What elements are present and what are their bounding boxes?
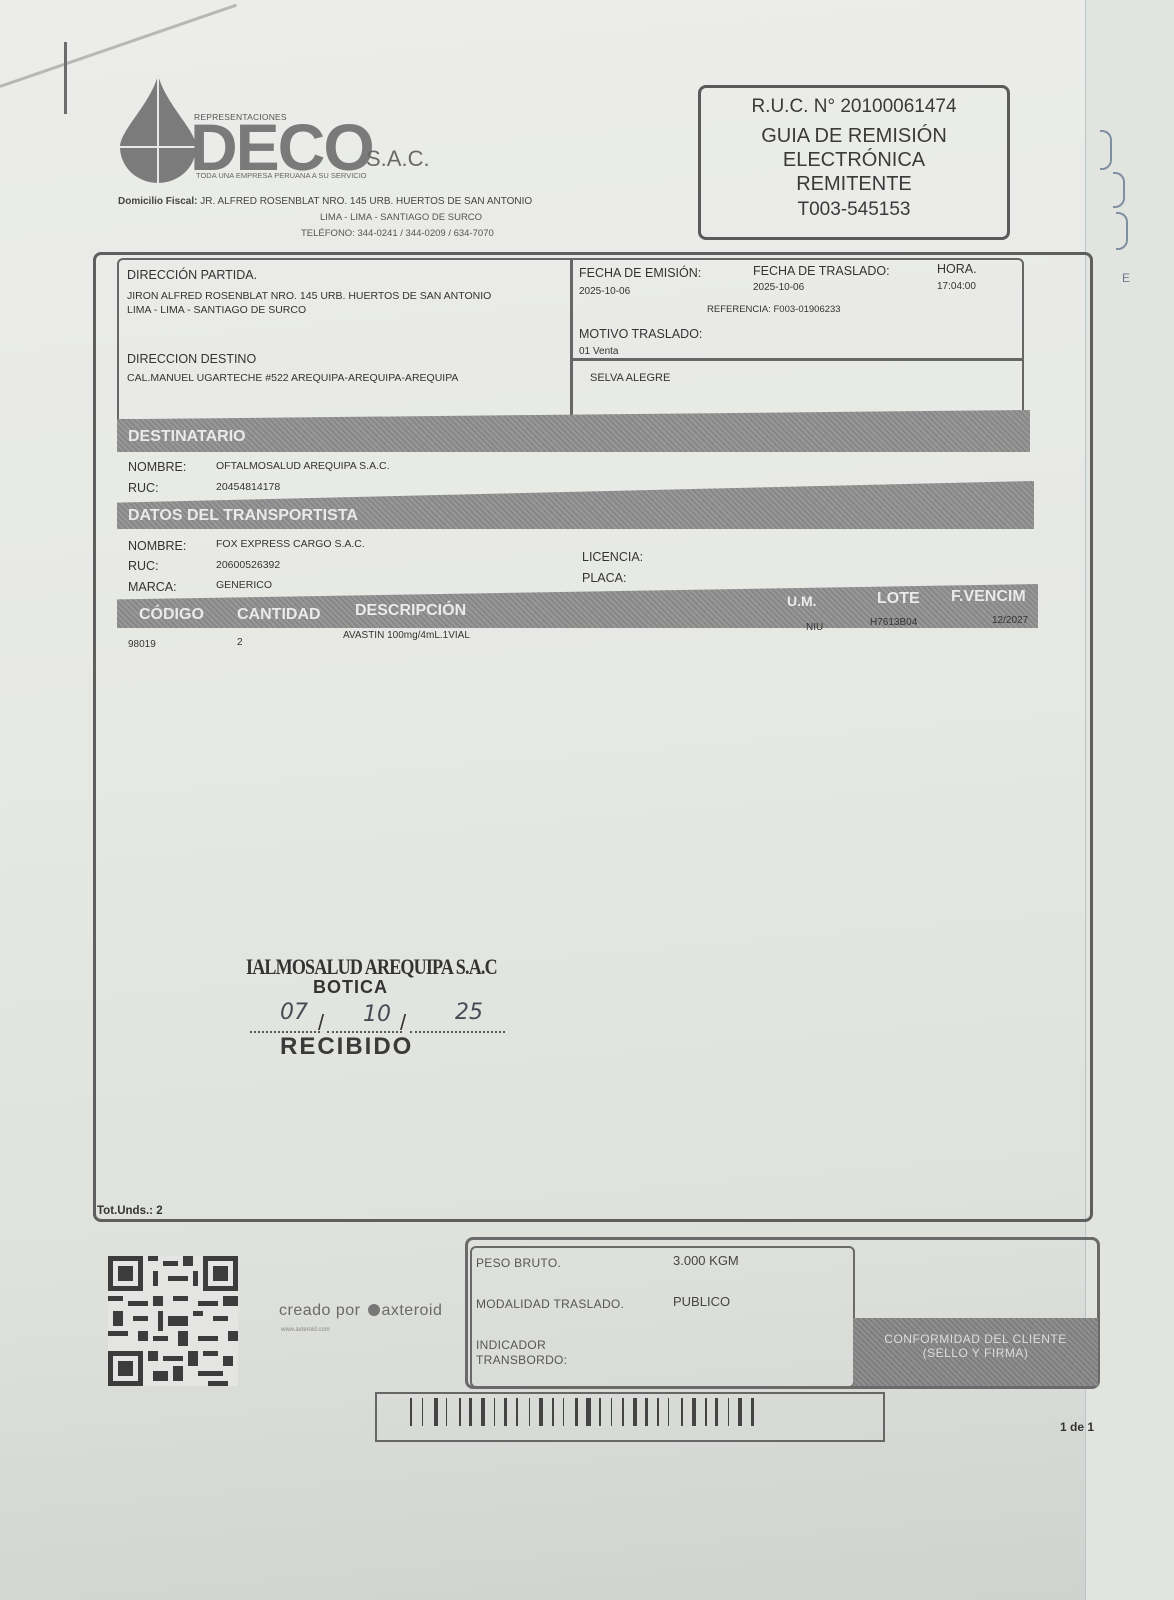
divider-tab-edge — [1100, 130, 1112, 170]
domicilio-label: Domicilio Fiscal: — [118, 196, 197, 207]
indicador-label-2: TRANSBORDO: — [476, 1353, 567, 1367]
created-by: creado por axteroid — [279, 1302, 442, 1320]
traslado-label: FECHA DE TRASLADO: — [753, 264, 890, 278]
page-number: 1 de 1 — [1060, 1420, 1094, 1434]
modalidad-label: MODALIDAD TRASLADO. — [476, 1297, 624, 1311]
created-by-url: www.axteroid.com — [281, 1327, 330, 1333]
deco-logo-icon — [118, 75, 198, 183]
ruc-number: R.U.C. N° 20100061474 — [701, 96, 1007, 118]
zona-value: SELVA ALEGRE — [590, 372, 670, 384]
referencia: REFERENCIA: F003-01906233 — [707, 304, 841, 315]
total-units: Tot.Unds.: 2 — [97, 1205, 163, 1217]
destino-label: DIRECCION DESTINO — [127, 352, 256, 366]
stamp-year-line — [410, 1031, 505, 1033]
stamp-dept: BOTICA — [313, 977, 388, 998]
conformity-line2: (SELLO Y FIRMA) — [853, 1346, 1098, 1360]
trans-marca-label: MARCA: — [128, 580, 177, 594]
peso-value: 3.000 KGM — [673, 1253, 739, 1268]
item-lote: H7613B04 — [870, 617, 917, 628]
divider-tab-letter: E — [1122, 271, 1130, 285]
domicilio-line2: LIMA - LIMA - SANTIAGO DE SURCO — [320, 212, 482, 223]
col-descripcion: DESCRIPCIÓN — [355, 602, 466, 620]
col-lote: LOTE — [877, 590, 920, 608]
conformity-line1: CONFORMIDAD DEL CLIENTE — [853, 1332, 1098, 1346]
client-conformity-box: CONFORMIDAD DEL CLIENTE (SELLO Y FIRMA) — [853, 1318, 1098, 1386]
doc-title-line3: REMITENTE — [701, 172, 1007, 196]
traslado-value: 2025-10-06 — [753, 282, 804, 293]
created-by-label: creado por — [279, 1302, 361, 1319]
indicador-label-1: INDICADOR — [476, 1338, 546, 1352]
address-box — [117, 258, 572, 421]
col-cantidad: CANTIDAD — [237, 606, 321, 624]
motivo-value: 01 Venta — [579, 346, 618, 357]
stamp-status: RECIBIDO — [280, 1033, 413, 1061]
trans-nombre-label: NOMBRE: — [128, 539, 186, 553]
divider-tab-edge — [1113, 172, 1125, 208]
item-cantidad: 2 — [237, 637, 243, 648]
motivo-label: MOTIVO TRASLADO: — [579, 327, 702, 341]
placa-label: PLACA: — [582, 571, 626, 585]
col-um: U.M. — [787, 593, 817, 609]
hora-label: HORA. — [937, 262, 977, 276]
col-vencim: F.VENCIM — [951, 588, 1026, 606]
partida-line2: LIMA - LIMA - SANTIAGO DE SURCO — [127, 304, 306, 316]
document-id-box: R.U.C. N° 20100061474 GUIA DE REMISIÓN E… — [698, 85, 1010, 240]
item-um: NIU — [806, 622, 823, 633]
trans-ruc-value: 20600526392 — [216, 559, 280, 571]
divider-tab-edge — [1116, 212, 1128, 250]
peso-label: PESO BRUTO. — [476, 1256, 561, 1270]
domicilio-line1: JR. ALFRED ROSENBLAT NRO. 145 URB. HUERT… — [200, 196, 532, 207]
col-codigo: CÓDIGO — [139, 606, 204, 624]
dest-ruc-value: 20454814178 — [216, 481, 280, 493]
created-by-brand: axteroid — [381, 1302, 442, 1319]
stamp-handwritten-year: 25 — [455, 1000, 483, 1025]
stamp-handwritten-month: 10 — [363, 1002, 391, 1027]
destino-value: CAL.MANUEL UGARTECHE #522 AREQUIPA-AREQU… — [127, 372, 458, 384]
doc-title-line1: GUIA DE REMISIÓN — [701, 124, 1007, 148]
trans-nombre-value: FOX EXPRESS CARGO S.A.C. — [216, 538, 365, 550]
qr-code-icon — [108, 1255, 238, 1387]
doc-number: T003-545153 — [701, 199, 1007, 221]
doc-title-line2: ELECTRÓNICA — [701, 148, 1007, 172]
emision-label: FECHA DE EMISIÓN: — [579, 266, 701, 280]
modalidad-value: PUBLICO — [673, 1294, 730, 1309]
item-descripcion: AVASTIN 100mg/4mL.1VIAL — [343, 630, 470, 641]
item-codigo: 98019 — [128, 639, 156, 650]
brand-slogan: TODA UNA EMPRESA PERUANA A SU SERVICIO — [196, 171, 367, 180]
staple-mark — [64, 42, 67, 114]
licencia-label: LICENCIA: — [582, 550, 643, 564]
hora-value: 17:04:00 — [937, 281, 976, 292]
domicilio-fiscal: Domicilio Fiscal: JR. ALFRED ROSENBLAT N… — [118, 196, 532, 207]
dest-nombre-value: OFTALMOSALUD AREQUIPA S.A.C. — [216, 460, 390, 472]
axteroid-logo-icon — [368, 1304, 380, 1316]
trans-marca-value: GENERICO — [216, 579, 272, 591]
dest-nombre-label: NOMBRE: — [128, 460, 186, 474]
item-vencimiento: 12/2027 — [992, 615, 1028, 626]
destinatario-header: DESTINATARIO — [128, 428, 246, 446]
stamp-handwritten-day: 07 — [280, 1000, 308, 1025]
partida-label: DIRECCIÓN PARTIDA. — [127, 268, 257, 282]
transportista-header: DATOS DEL TRANSPORTISTA — [128, 507, 358, 525]
telefono: TELÉFONO: 344-0241 / 344-0209 / 634-7070 — [301, 228, 494, 239]
brand-suffix: S.A.C. — [366, 146, 430, 172]
partida-line1: JIRON ALFRED ROSENBLAT NRO. 145 URB. HUE… — [127, 290, 491, 302]
trans-ruc-label: RUC: — [128, 559, 159, 573]
emision-value: 2025-10-06 — [579, 286, 630, 297]
barcode-icon — [410, 1398, 762, 1426]
dest-ruc-label: RUC: — [128, 481, 159, 495]
